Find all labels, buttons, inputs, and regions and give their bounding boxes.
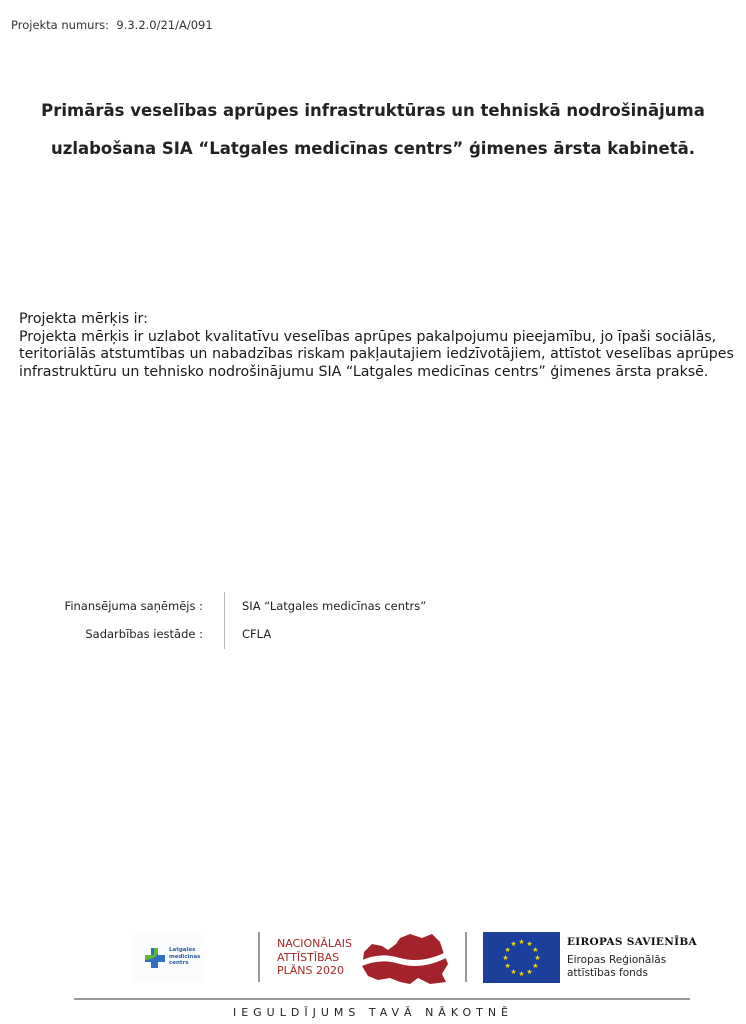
funding-recipient-label: Finansējuma saņēmējs :	[65, 599, 203, 627]
goal-heading: Projekta mērķis ir:	[19, 311, 739, 329]
project-number: Projekta numurs: 9.3.2.0/21/A/091	[11, 18, 213, 32]
nap-logo-text: NACIONĀLAIS ATTĪSTĪBAS PLĀNS 2020	[277, 937, 352, 978]
project-goal: Projekta mērķis ir: Projekta mērķis ir u…	[19, 311, 739, 381]
svg-text:★: ★	[526, 968, 532, 976]
svg-text:★: ★	[518, 938, 524, 946]
lmc-logo: Latgales medicīnas centrs	[133, 934, 205, 982]
title-line-1: Primārās veselības aprūpes infrastruktūr…	[0, 92, 746, 130]
cooperation-institution-label: Sadarbības iestāde :	[65, 627, 203, 655]
svg-text:★: ★	[518, 970, 524, 978]
cooperation-institution-value: CFLA	[242, 627, 426, 655]
svg-text:★: ★	[505, 962, 511, 970]
goal-text-line: Projekta mērķis ir uzlabot kvalitatīvu v…	[19, 329, 739, 347]
footer-divider	[74, 998, 690, 1000]
logo-strip: Latgales medicīnas centrs NACIONĀLAIS AT…	[0, 928, 746, 988]
eu-fund-line-1: Eiropas Reģionālās	[567, 954, 666, 967]
svg-text:★: ★	[534, 954, 540, 962]
svg-text:★: ★	[510, 940, 516, 948]
eu-fund-name: Eiropas Reģionālās attīstības fonds	[567, 954, 666, 980]
info-divider	[224, 592, 225, 649]
funding-info: Finansējuma saņēmējs : Sadarbības iestād…	[0, 592, 746, 650]
funding-recipient-value: SIA “Latgales medicīnas centrs”	[242, 599, 426, 627]
goal-text-line: teritoriālās atstumtības un nabadzības r…	[19, 346, 739, 364]
svg-text:★: ★	[510, 968, 516, 976]
nap-line-1: NACIONĀLAIS	[277, 937, 352, 951]
eu-fund-line-2: attīstības fonds	[567, 967, 666, 980]
svg-text:★: ★	[532, 946, 538, 954]
eu-flag-icon: ★★★★★★★★★★★★	[483, 932, 560, 983]
svg-text:★: ★	[532, 962, 538, 970]
svg-text:★: ★	[502, 954, 508, 962]
goal-text-line: infrastruktūru un tehnisko nodrošinājumu…	[19, 364, 739, 382]
project-number-value: 9.3.2.0/21/A/091	[116, 18, 212, 32]
logo-divider	[465, 932, 467, 982]
footer-motto: IEGULDĪJUMS TAVĀ NĀKOTNĒ	[0, 1006, 746, 1019]
project-number-label: Projekta numurs:	[11, 18, 109, 32]
eu-title: EIROPAS SAVIENĪBA	[567, 936, 697, 948]
title-line-2: uzlabošana SIA “Latgales medicīnas centr…	[0, 130, 746, 168]
medical-cross-icon	[144, 947, 166, 969]
nap-line-2: ATTĪSTĪBAS	[277, 951, 352, 965]
latvia-map-icon	[360, 930, 450, 986]
nap-line-3: PLĀNS 2020	[277, 964, 352, 978]
lmc-line-3: centrs	[169, 960, 200, 967]
logo-divider	[258, 932, 260, 982]
page-title: Primārās veselības aprūpes infrastruktūr…	[0, 92, 746, 168]
